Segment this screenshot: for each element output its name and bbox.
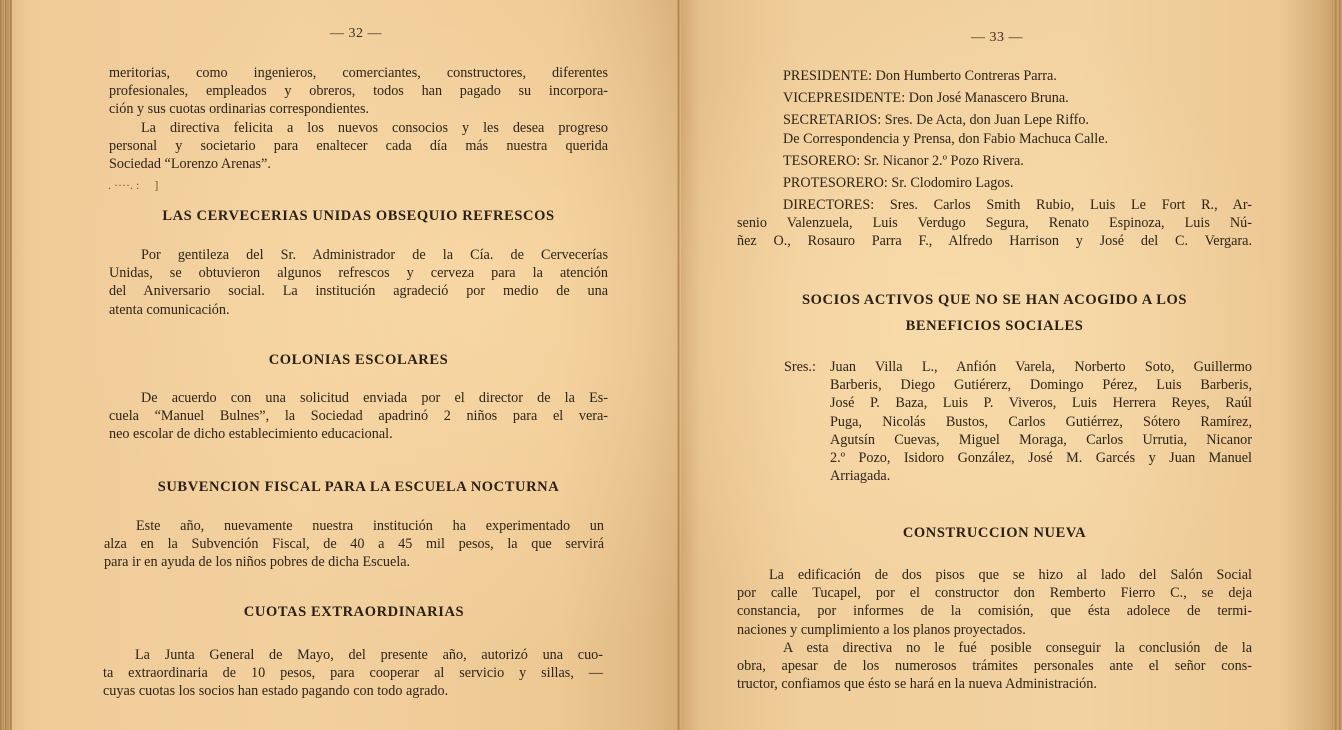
section-heading: SUBVENCION FISCAL PARA LA ESCUELA NOCTUR… xyxy=(109,479,608,496)
text-line: tructor, confiamos que ésto se hará en l… xyxy=(737,675,1252,693)
text-line: cuela “Manuel Bulnes”, la Sociedad apadr… xyxy=(109,407,608,425)
officer-protreasurer: PROTESORERO: Sr. Clodomiro Lagos. xyxy=(783,172,1253,194)
text-line: constancia, por informes de la comisión,… xyxy=(737,602,1252,620)
text-line: obra, apesar de los numerosos trámites p… xyxy=(737,657,1252,675)
officer-treasurer: TESORERO: Sr. Nicanor 2.º Pozo Rivera. xyxy=(783,150,1253,172)
salutation-prefix: Sres.: xyxy=(784,358,816,376)
socios-list: Sres.: Juan Villa L., Anfión Varela, Nor… xyxy=(784,358,1252,485)
text-line: A esta directiva no le fué posible conse… xyxy=(737,639,1252,657)
text-line: del Aniversario social. La institución a… xyxy=(109,282,608,300)
page-stack-edge xyxy=(0,0,12,730)
text-line: naciones y cumplimiento a los planos pro… xyxy=(737,621,1252,639)
text-line: La Junta General de Mayo, del presente a… xyxy=(103,646,603,664)
text-line: La edificación de dos pisos que se hizo … xyxy=(737,566,1252,584)
text-line: ñez O., Rosauro Parra F., Alfredo Harris… xyxy=(737,232,1252,250)
text-line: atenta comunicación. xyxy=(109,301,608,319)
text-line: Juan Villa L., Anfión Varela, Norberto S… xyxy=(830,358,1252,376)
text-line: cuyas cuotas los socios han estado pagan… xyxy=(103,682,603,700)
text-line: para ir en ayuda de los niños pobres de … xyxy=(104,553,604,571)
text-line: Barberis, Diego Gutiérerz, Domingo Pérez… xyxy=(830,376,1252,394)
text-line: 2.º Pozo, Isidoro González, José M. Garc… xyxy=(830,449,1252,467)
officer-secretary-correspondence: De Correspondencia y Prensa, don Fabio M… xyxy=(783,128,1253,150)
section-paragraph: Por gentileza del Sr. Administrador de l… xyxy=(109,246,608,319)
left-page: — 32 — meritorias, como ingenieros, come… xyxy=(0,0,681,730)
text-line: Arriagada. xyxy=(830,467,1252,485)
text-line: ción y sus cuotas ordinarias correspondi… xyxy=(109,100,608,118)
text-line: Unidas, se obtuvieron algunos refrescos … xyxy=(109,264,608,282)
text-line: neo escolar de dicho establecimiento edu… xyxy=(109,425,608,443)
section-heading: CUOTAS EXTRAORDINARIAS xyxy=(104,604,604,621)
text-line: DIRECTORES: Sres. Carlos Smith Rubio, Lu… xyxy=(737,196,1252,214)
section-heading: SOCIOS ACTIVOS QUE NO SE HAN ACOGIDO A L… xyxy=(737,292,1252,309)
text-line: senio Valenzuela, Luis Verdugo Segura, R… xyxy=(737,214,1252,232)
right-page: — 33 — PRESIDENTE: Don Humberto Contrera… xyxy=(681,0,1342,730)
section-heading: BENEFICIOS SOCIALES xyxy=(737,318,1252,335)
directors-paragraph: DIRECTORES: Sres. Carlos Smith Rubio, Lu… xyxy=(737,196,1252,251)
construction-paragraphs: La edificación de dos pisos que se hizo … xyxy=(737,566,1252,693)
page-stack-edge xyxy=(1332,0,1342,730)
book-spread: — 32 — meritorias, como ingenieros, come… xyxy=(0,0,1342,730)
text-line: La directiva felicita a los nuevos conso… xyxy=(109,119,608,137)
intro-paragraphs: meritorias, como ingenieros, comerciante… xyxy=(109,64,608,173)
section-paragraph: Este año, nuevamente nuestra institución… xyxy=(104,517,604,572)
text-line: personal y societario para enaltecer cad… xyxy=(109,137,608,155)
print-mark: . ····. : ] xyxy=(108,178,158,193)
text-line: Este año, nuevamente nuestra institución… xyxy=(104,517,604,535)
section-paragraph: De acuerdo con una solicitud enviada por… xyxy=(109,389,608,444)
text-line: meritorias, como ingenieros, comerciante… xyxy=(109,64,608,82)
book-gutter xyxy=(677,0,680,730)
text-line: Puga, Nicolás Bustos, Carlos Gutiérrez, … xyxy=(830,413,1252,431)
text-line: Por gentileza del Sr. Administrador de l… xyxy=(109,246,608,264)
text-line: profesionales, empleados y obreros, todo… xyxy=(109,82,608,100)
page-number: — 32 — xyxy=(330,26,382,42)
page-number: — 33 — xyxy=(971,30,1023,46)
officer-president: PRESIDENTE: Don Humberto Contreras Parra… xyxy=(783,65,1253,87)
text-line: Agutsín Cuevas, Miguel Moraga, Carlos Ur… xyxy=(830,431,1252,449)
section-heading: CONSTRUCCION NUEVA xyxy=(737,525,1252,542)
officers-list: PRESIDENTE: Don Humberto Contreras Parra… xyxy=(783,65,1253,194)
text-line: Sociedad “Lorenzo Arenas”. xyxy=(109,155,608,173)
text-line: alza en la Subvención Fiscal, de 40 a 45… xyxy=(104,535,604,553)
text-line: José P. Baza, Luis P. Viveros, Luis Herr… xyxy=(830,394,1252,412)
section-heading: LAS CERVECERIAS UNIDAS OBSEQUIO REFRESCO… xyxy=(109,208,608,225)
text-line: De acuerdo con una solicitud enviada por… xyxy=(109,389,608,407)
text-line: ta extraordinaria de 10 pesos, para coop… xyxy=(103,664,603,682)
section-heading: COLONIAS ESCOLARES xyxy=(109,352,608,369)
text-line: por calle Tucapel, por el constructor do… xyxy=(737,584,1252,602)
section-paragraph: La Junta General de Mayo, del presente a… xyxy=(103,646,603,701)
officer-vicepresident: VICEPRESIDENTE: Don José Manascero Bruna… xyxy=(783,87,1253,109)
